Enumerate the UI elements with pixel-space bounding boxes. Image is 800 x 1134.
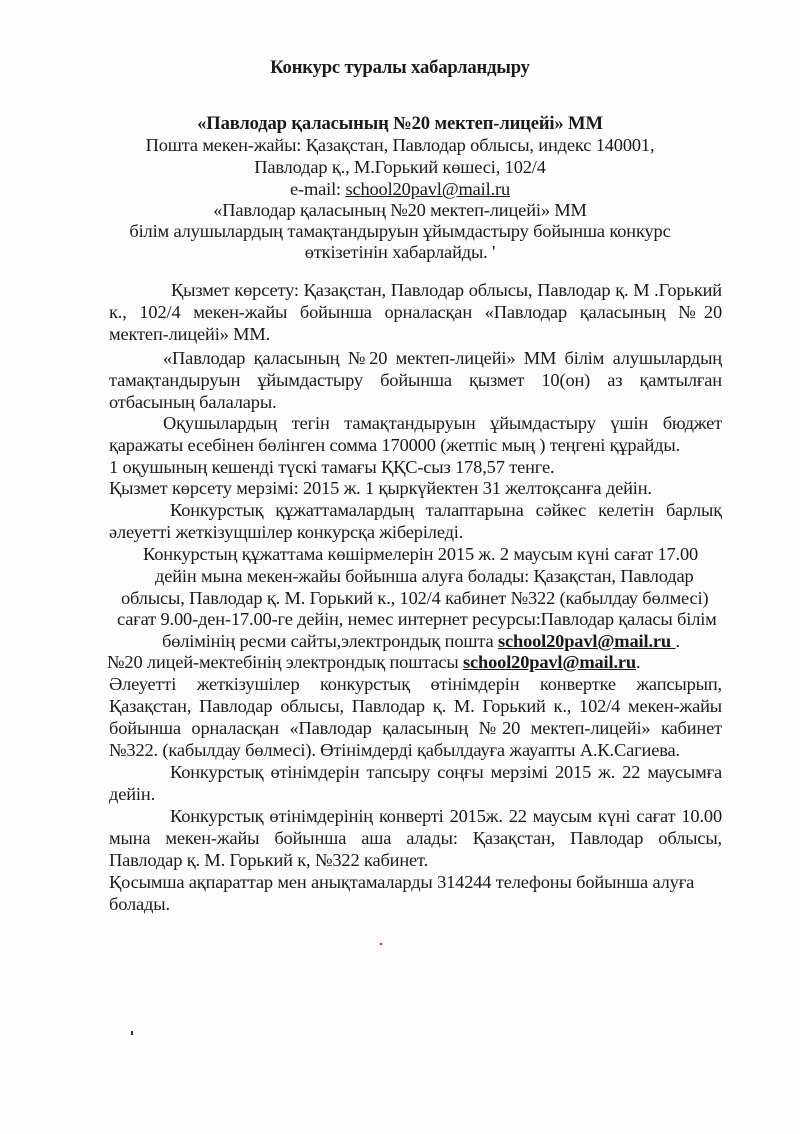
paragraph-documents-line-5: бөлімінің ресми сайты,электрондық пошта … — [162, 630, 680, 652]
paragraph-documents-line-4: сағат 9.00-ден-17.00-ге дейін, немес инт… — [117, 608, 717, 630]
paragraph-submission-line-4: №322. (кабылдау бөлмесі). Өтінімдерді қа… — [109, 739, 680, 761]
paragraph-meal-price: 1 оқушының кешенді түскі тамағы ҚҚС-сыз … — [109, 456, 554, 478]
paragraph-school-email: №20 лицей-мектебінің электрондық поштасы… — [107, 651, 640, 673]
postal-address-line-2: Павлодар қ., М.Горький көшесі, 102/4 — [0, 156, 800, 178]
paragraph-budget-line-1: Оқушылардың тегін тамақтандыруын ұйымдас… — [163, 412, 722, 434]
paragraph-service-location-line-1: Қызмет көрсету: Қазақстан, Павлодар облы… — [171, 279, 722, 301]
email-line: e-mail: school20pavl@mail.ru — [0, 178, 800, 200]
paragraph-opening-line-1: Конкурстық өтінімдерінің конверті 2015ж.… — [170, 805, 722, 827]
paragraph-documents-line-2: дейін мына мекен-жайы бойынша алуға бола… — [155, 565, 694, 587]
paragraph-documents-line-3: облысы, Павлодар қ. М. Горький к., 102/4… — [121, 587, 708, 609]
paragraph-deadline-line-1: Конкурстық өтінімдерін тапсыру соңғы мер… — [170, 761, 722, 783]
paragraph-eligibility-line-2: әлеуетті жеткізущшілер конкурсқа жіберіл… — [109, 521, 463, 543]
paragraph-recipients-line-2: тамақтандыруын ұйымдастыру бойынша қызме… — [109, 369, 722, 391]
paragraph-submission-line-2: Қазақстан, Павлодар облысы, Павлодар қ. … — [109, 695, 722, 717]
documents-email-label: бөлімінің ресми сайты,электрондық пошта — [162, 631, 498, 651]
organization-name: «Павлодар қаласының №20 мектеп-лицейі» М… — [0, 113, 800, 135]
paragraph-submission-line-1: Әлеуетті жеткізушілер конкурстық өтінімд… — [109, 673, 722, 695]
paragraph-submission-line-3: бойынша орналасқан «Павлодар қаласының №… — [109, 717, 722, 739]
documents-email-suffix: . — [675, 631, 679, 651]
email-link[interactable]: school20pavl@mail.ru — [345, 179, 510, 199]
paragraph-deadline-line-2: дейін. — [109, 783, 155, 805]
paragraph-documents-line-1: Конкурстың құжаттама көшірмелерін 2015 ж… — [143, 543, 698, 565]
paragraph-recipients-line-1: «Павлодар қаласының №20 мектеп-лицейі» М… — [163, 347, 722, 369]
intro-line-3: өткізетінін хабарлайды. ' — [0, 241, 800, 263]
paragraph-service-location-line-2: к., 102/4 мекен-жайы бойынша орналасқан … — [109, 301, 722, 323]
scanned-document-page: Конкурс туралы хабарландыру «Павлодар қа… — [0, 0, 800, 1134]
paragraph-contact-line-2: болады. — [109, 893, 170, 915]
email-label: e-mail: — [290, 179, 345, 199]
scan-speck — [131, 1031, 133, 1035]
intro-line-2: білім алушылардың тамақтандыруын ұйымдас… — [0, 220, 800, 242]
paragraph-service-period: Қызмет көрсету мерзімі: 2015 ж. 1 қыркүй… — [109, 477, 652, 499]
intro-line-1: «Павлодар қаласының №20 мектеп-лицейі» М… — [0, 199, 800, 221]
scan-speck — [206, 143, 207, 145]
paragraph-opening-line-2: мына мекен-жайы бойынша аша алады: Қазақ… — [109, 827, 722, 849]
paragraph-recipients-line-3: отбасының балалары. — [109, 391, 277, 413]
school-email-label: №20 лицей-мектебінің электрондық поштасы — [107, 652, 463, 672]
document-title: Конкурс туралы хабарландыру — [0, 57, 800, 79]
paragraph-budget-line-2: қаражаты есебінен бөлінген сомма 170000 … — [109, 434, 680, 456]
postal-address-line-1: Пошта мекен-жайы: Қазақстан, Павлодар об… — [0, 134, 800, 156]
paragraph-eligibility-line-1: Конкурстық құжаттамалардың талаптарына с… — [170, 499, 722, 521]
documents-email-link[interactable]: school20pavl@mail.ru — [498, 631, 675, 651]
paragraph-opening-line-3: Павлодар қ. М. Горький к, №322 кабинет. — [109, 849, 428, 871]
school-email-link[interactable]: school20pavl@mail.ru — [463, 652, 636, 672]
paragraph-contact-line-1: Қосымша ақпараттар мен анықтамаларды 314… — [109, 871, 694, 893]
paragraph-service-location-line-3: мектеп-лицейі» ММ. — [109, 323, 270, 345]
scan-speck — [380, 943, 382, 945]
school-email-suffix: . — [636, 652, 640, 672]
